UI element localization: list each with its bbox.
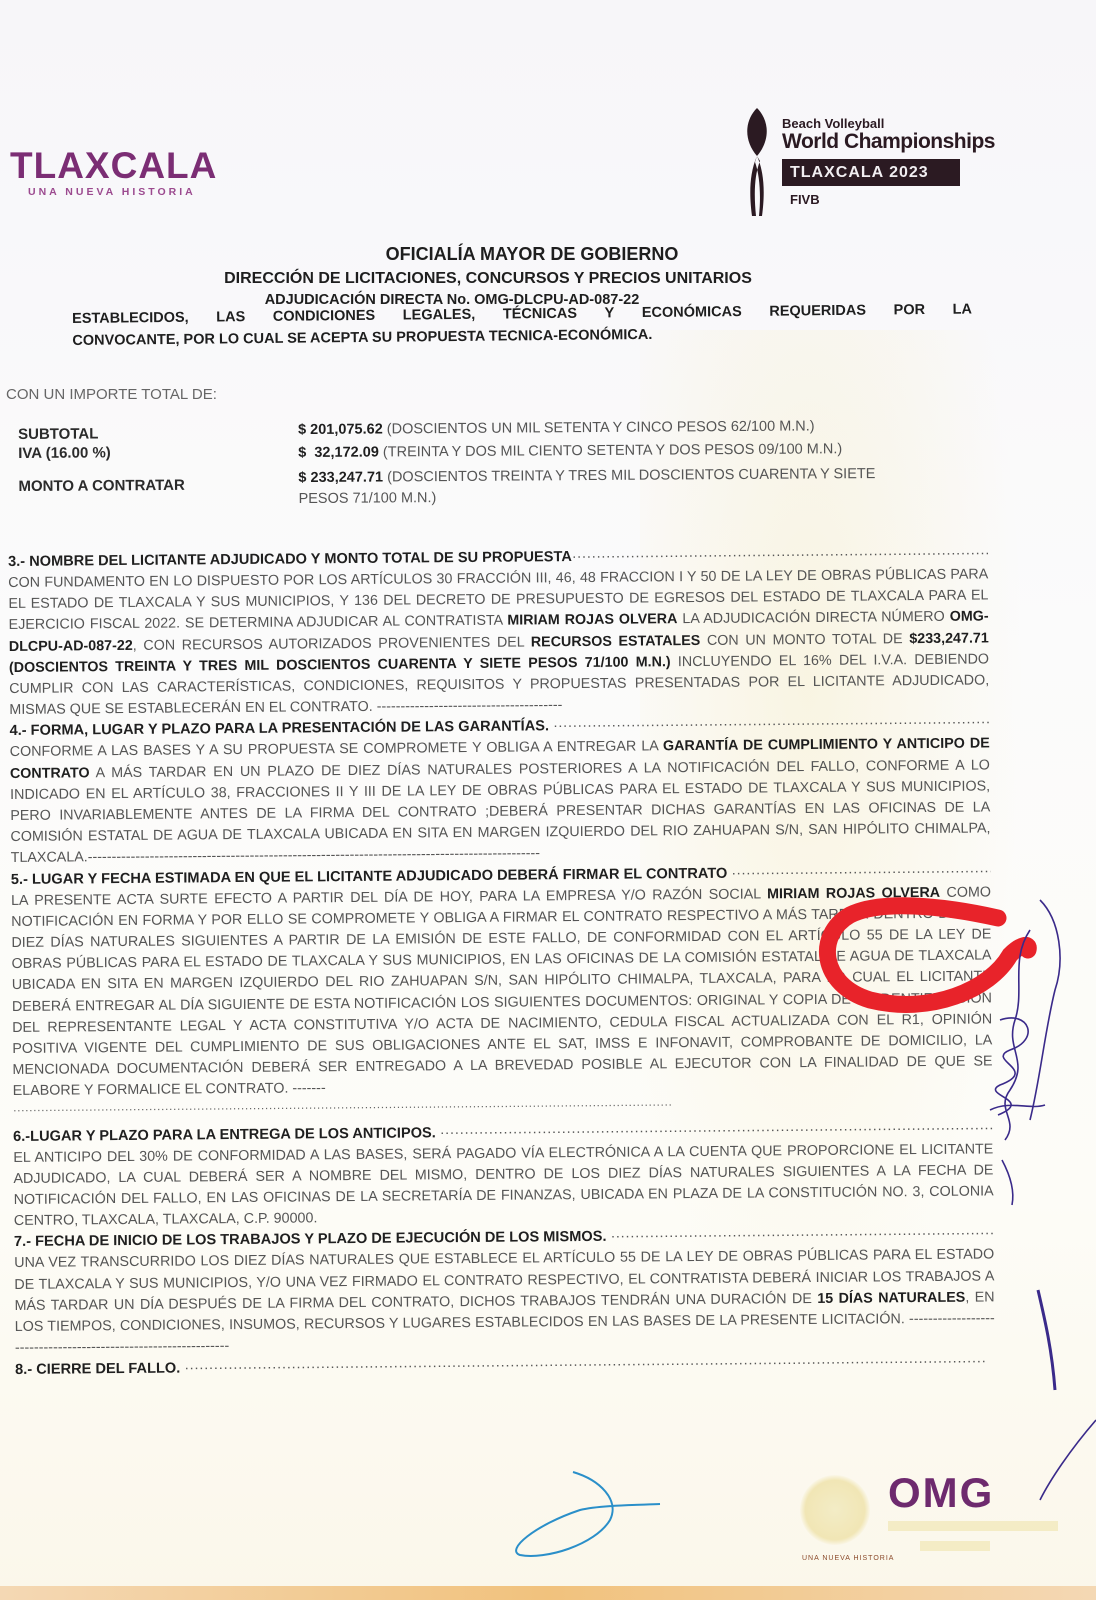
- omg-logo-text: OMG: [888, 1469, 994, 1517]
- intro-word: TÉCNICAS: [503, 303, 577, 326]
- seal-caption: UNA NUEVA HISTORIA: [802, 1555, 894, 1562]
- amount-label: IVA (16.00 %): [18, 443, 298, 466]
- intro-word: ECONÓMICAS: [642, 301, 742, 324]
- bv-line2: World Championships: [782, 130, 995, 154]
- omg-logo-subtitle: [888, 1521, 1058, 1531]
- omg-logo-subtitle-2: [920, 1541, 990, 1551]
- amount-label: SUBTOTAL: [18, 420, 298, 443]
- tlaxcala-logo-subtitle: UNA NUEVA HISTORIA: [10, 186, 217, 198]
- intro-word: Y: [604, 302, 614, 324]
- pen-stroke-icon: [516, 1472, 660, 1556]
- amount-value: $ 233,247.71 (DOSCIENTOS TREINTA Y TRES …: [298, 464, 918, 510]
- omg-logo: UNA NUEVA HISTORIA OMG: [800, 1465, 1080, 1585]
- fivb-logo: FIVB: [790, 192, 820, 207]
- amount-row-iva: IVA (16.00 %) $ 32,172.09 (TREINTA Y DOS…: [18, 439, 938, 466]
- document-page: TLAXCALA UNA NUEVA HISTORIA Beach Volley…: [0, 0, 1096, 1600]
- bottom-band: [0, 1586, 1096, 1600]
- intro-word: LAS: [216, 306, 245, 328]
- seal-icon: [800, 1475, 870, 1545]
- section-3-text: CON FUNDAMENTO EN LO DISPUESTO POR LOS A…: [8, 564, 989, 721]
- intro-word: LA: [952, 299, 972, 321]
- document-body: 3.- NOMBRE DEL LICITANTE ADJUDICADO Y MO…: [8, 543, 995, 1380]
- office-title: OFICIALÍA MAYOR DE GOBIERNO: [0, 244, 1080, 265]
- bv-line1: Beach Volleyball: [782, 116, 884, 131]
- intro-word: POR: [893, 299, 925, 321]
- section-6-text: EL ANTICIPO DEL 30% DE CONFORMIDAD A LAS…: [13, 1139, 994, 1232]
- section-4-text: CONFORME A LAS BASES Y A SU PROPUESTA SE…: [10, 734, 991, 870]
- section-7-text: UNA VEZ TRANSCURRIDO LOS DIEZ DÍAS NATUR…: [14, 1245, 995, 1360]
- intro-paragraph: ESTABLECIDOS,LASCONDICIONESLEGALES,TÉCNI…: [72, 299, 972, 352]
- intro-word: REQUERIDAS: [769, 300, 866, 323]
- amounts-table: SUBTOTAL $ 201,075.62 (DOSCIENTOS UN MIL…: [18, 416, 939, 512]
- amount-intro: CON UN IMPORTE TOTAL DE:: [6, 386, 217, 403]
- direction-title: DIRECCIÓN DE LICITACIONES, CONCURSOS Y P…: [0, 270, 1036, 288]
- intro-word: LEGALES,: [403, 304, 476, 327]
- amount-value: $ 32,172.09 (TREINTA Y DOS MIL CIENTO SE…: [298, 439, 898, 464]
- amount-row-total: MONTO A CONTRATAR $ 233,247.71 (DOSCIENT…: [18, 464, 938, 512]
- tlaxcala-logo-title: TLAXCALA: [10, 146, 217, 186]
- amount-value: $ 201,075.62 (DOSCIENTOS UN MIL SETENTA …: [298, 416, 918, 441]
- beach-volleyball-logo: Beach Volleyball World Championships TLA…: [740, 106, 1040, 221]
- bv-badge: TLAXCALA 2023: [782, 159, 960, 186]
- section-5-text: LA PRESENTE ACTA SURTE EFECTO A PARTIR D…: [11, 882, 993, 1103]
- tlaxcala-logo: TLAXCALA UNA NUEVA HISTORIA: [10, 146, 217, 198]
- ribbon-icon: [740, 106, 774, 218]
- intro-word: CONDICIONES: [273, 305, 376, 328]
- amount-label: MONTO A CONTRATAR: [18, 468, 298, 512]
- intro-word: ESTABLECIDOS,: [72, 307, 189, 330]
